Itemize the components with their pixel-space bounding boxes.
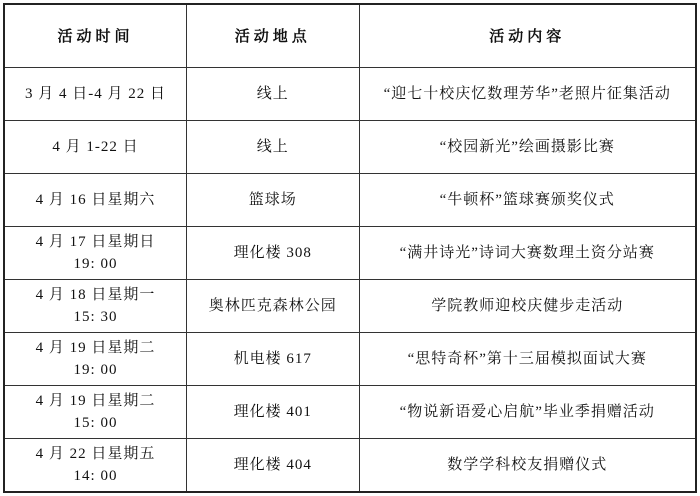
content-cell: “迎七十校庆忆数理芳华”老照片征集活动 xyxy=(359,67,696,120)
location-cell: 篮球场 xyxy=(187,173,359,226)
time-cell: 4 月 1-22 日 xyxy=(4,120,187,173)
header-activity-time: 活动时间 xyxy=(4,4,187,67)
activity-schedule-page: 活动时间 活动地点 活动内容 3 月 4 日-4 月 22 日 线上 “迎七十校… xyxy=(0,0,700,496)
time-date: 4 月 22 日星期五 xyxy=(9,443,182,465)
table-row: 4 月 19 日星期二 19: 00 机电楼 617 “思特奇杯”第十三届模拟面… xyxy=(4,333,696,386)
table-row: 4 月 22 日星期五 14: 00 理化楼 404 数学学科校友捐赠仪式 xyxy=(4,439,696,492)
activity-schedule-table: 活动时间 活动地点 活动内容 3 月 4 日-4 月 22 日 线上 “迎七十校… xyxy=(3,3,697,493)
time-date: 4 月 16 日星期六 xyxy=(9,189,182,211)
content-cell: “校园新光”绘画摄影比赛 xyxy=(359,120,696,173)
location-cell: 线上 xyxy=(187,120,359,173)
time-cell: 4 月 18 日星期一 15: 30 xyxy=(4,280,187,333)
location-cell: 奥林匹克森林公园 xyxy=(187,280,359,333)
header-activity-location: 活动地点 xyxy=(187,4,359,67)
location-cell: 理化楼 401 xyxy=(187,386,359,439)
location-cell: 理化楼 404 xyxy=(187,439,359,492)
content-cell: 数学学科校友捐赠仪式 xyxy=(359,439,696,492)
time-clock: 14: 00 xyxy=(9,465,182,487)
time-cell: 4 月 22 日星期五 14: 00 xyxy=(4,439,187,492)
time-date: 4 月 19 日星期二 xyxy=(9,390,182,412)
time-cell: 4 月 19 日星期二 19: 00 xyxy=(4,333,187,386)
time-cell: 4 月 19 日星期二 15: 00 xyxy=(4,386,187,439)
time-date: 4 月 19 日星期二 xyxy=(9,337,182,359)
content-cell: 学院教师迎校庆健步走活动 xyxy=(359,280,696,333)
header-row: 活动时间 活动地点 活动内容 xyxy=(4,4,696,67)
time-date: 4 月 17 日星期日 xyxy=(9,231,182,253)
time-clock: 19: 00 xyxy=(9,359,182,381)
table-row: 3 月 4 日-4 月 22 日 线上 “迎七十校庆忆数理芳华”老照片征集活动 xyxy=(4,67,696,120)
table-row: 4 月 17 日星期日 19: 00 理化楼 308 “满井诗光”诗词大赛数理土… xyxy=(4,226,696,279)
time-date: 4 月 1-22 日 xyxy=(9,136,182,158)
time-clock: 15: 00 xyxy=(9,412,182,434)
content-cell: “满井诗光”诗词大赛数理土资分站赛 xyxy=(359,226,696,279)
time-cell: 4 月 17 日星期日 19: 00 xyxy=(4,226,187,279)
time-cell: 3 月 4 日-4 月 22 日 xyxy=(4,67,187,120)
time-cell: 4 月 16 日星期六 xyxy=(4,173,187,226)
time-date: 3 月 4 日-4 月 22 日 xyxy=(9,83,182,105)
time-clock: 15: 30 xyxy=(9,306,182,328)
table-row: 4 月 18 日星期一 15: 30 奥林匹克森林公园 学院教师迎校庆健步走活动 xyxy=(4,280,696,333)
time-clock: 19: 00 xyxy=(9,253,182,275)
location-cell: 线上 xyxy=(187,67,359,120)
time-date: 4 月 18 日星期一 xyxy=(9,284,182,306)
content-cell: “牛顿杯”篮球赛颁奖仪式 xyxy=(359,173,696,226)
table-row: 4 月 19 日星期二 15: 00 理化楼 401 “物说新语爱心启航”毕业季… xyxy=(4,386,696,439)
table-row: 4 月 16 日星期六 篮球场 “牛顿杯”篮球赛颁奖仪式 xyxy=(4,173,696,226)
location-cell: 机电楼 617 xyxy=(187,333,359,386)
header-activity-content: 活动内容 xyxy=(359,4,696,67)
table-row: 4 月 1-22 日 线上 “校园新光”绘画摄影比赛 xyxy=(4,120,696,173)
location-cell: 理化楼 308 xyxy=(187,226,359,279)
content-cell: “思特奇杯”第十三届模拟面试大赛 xyxy=(359,333,696,386)
content-cell: “物说新语爱心启航”毕业季捐赠活动 xyxy=(359,386,696,439)
